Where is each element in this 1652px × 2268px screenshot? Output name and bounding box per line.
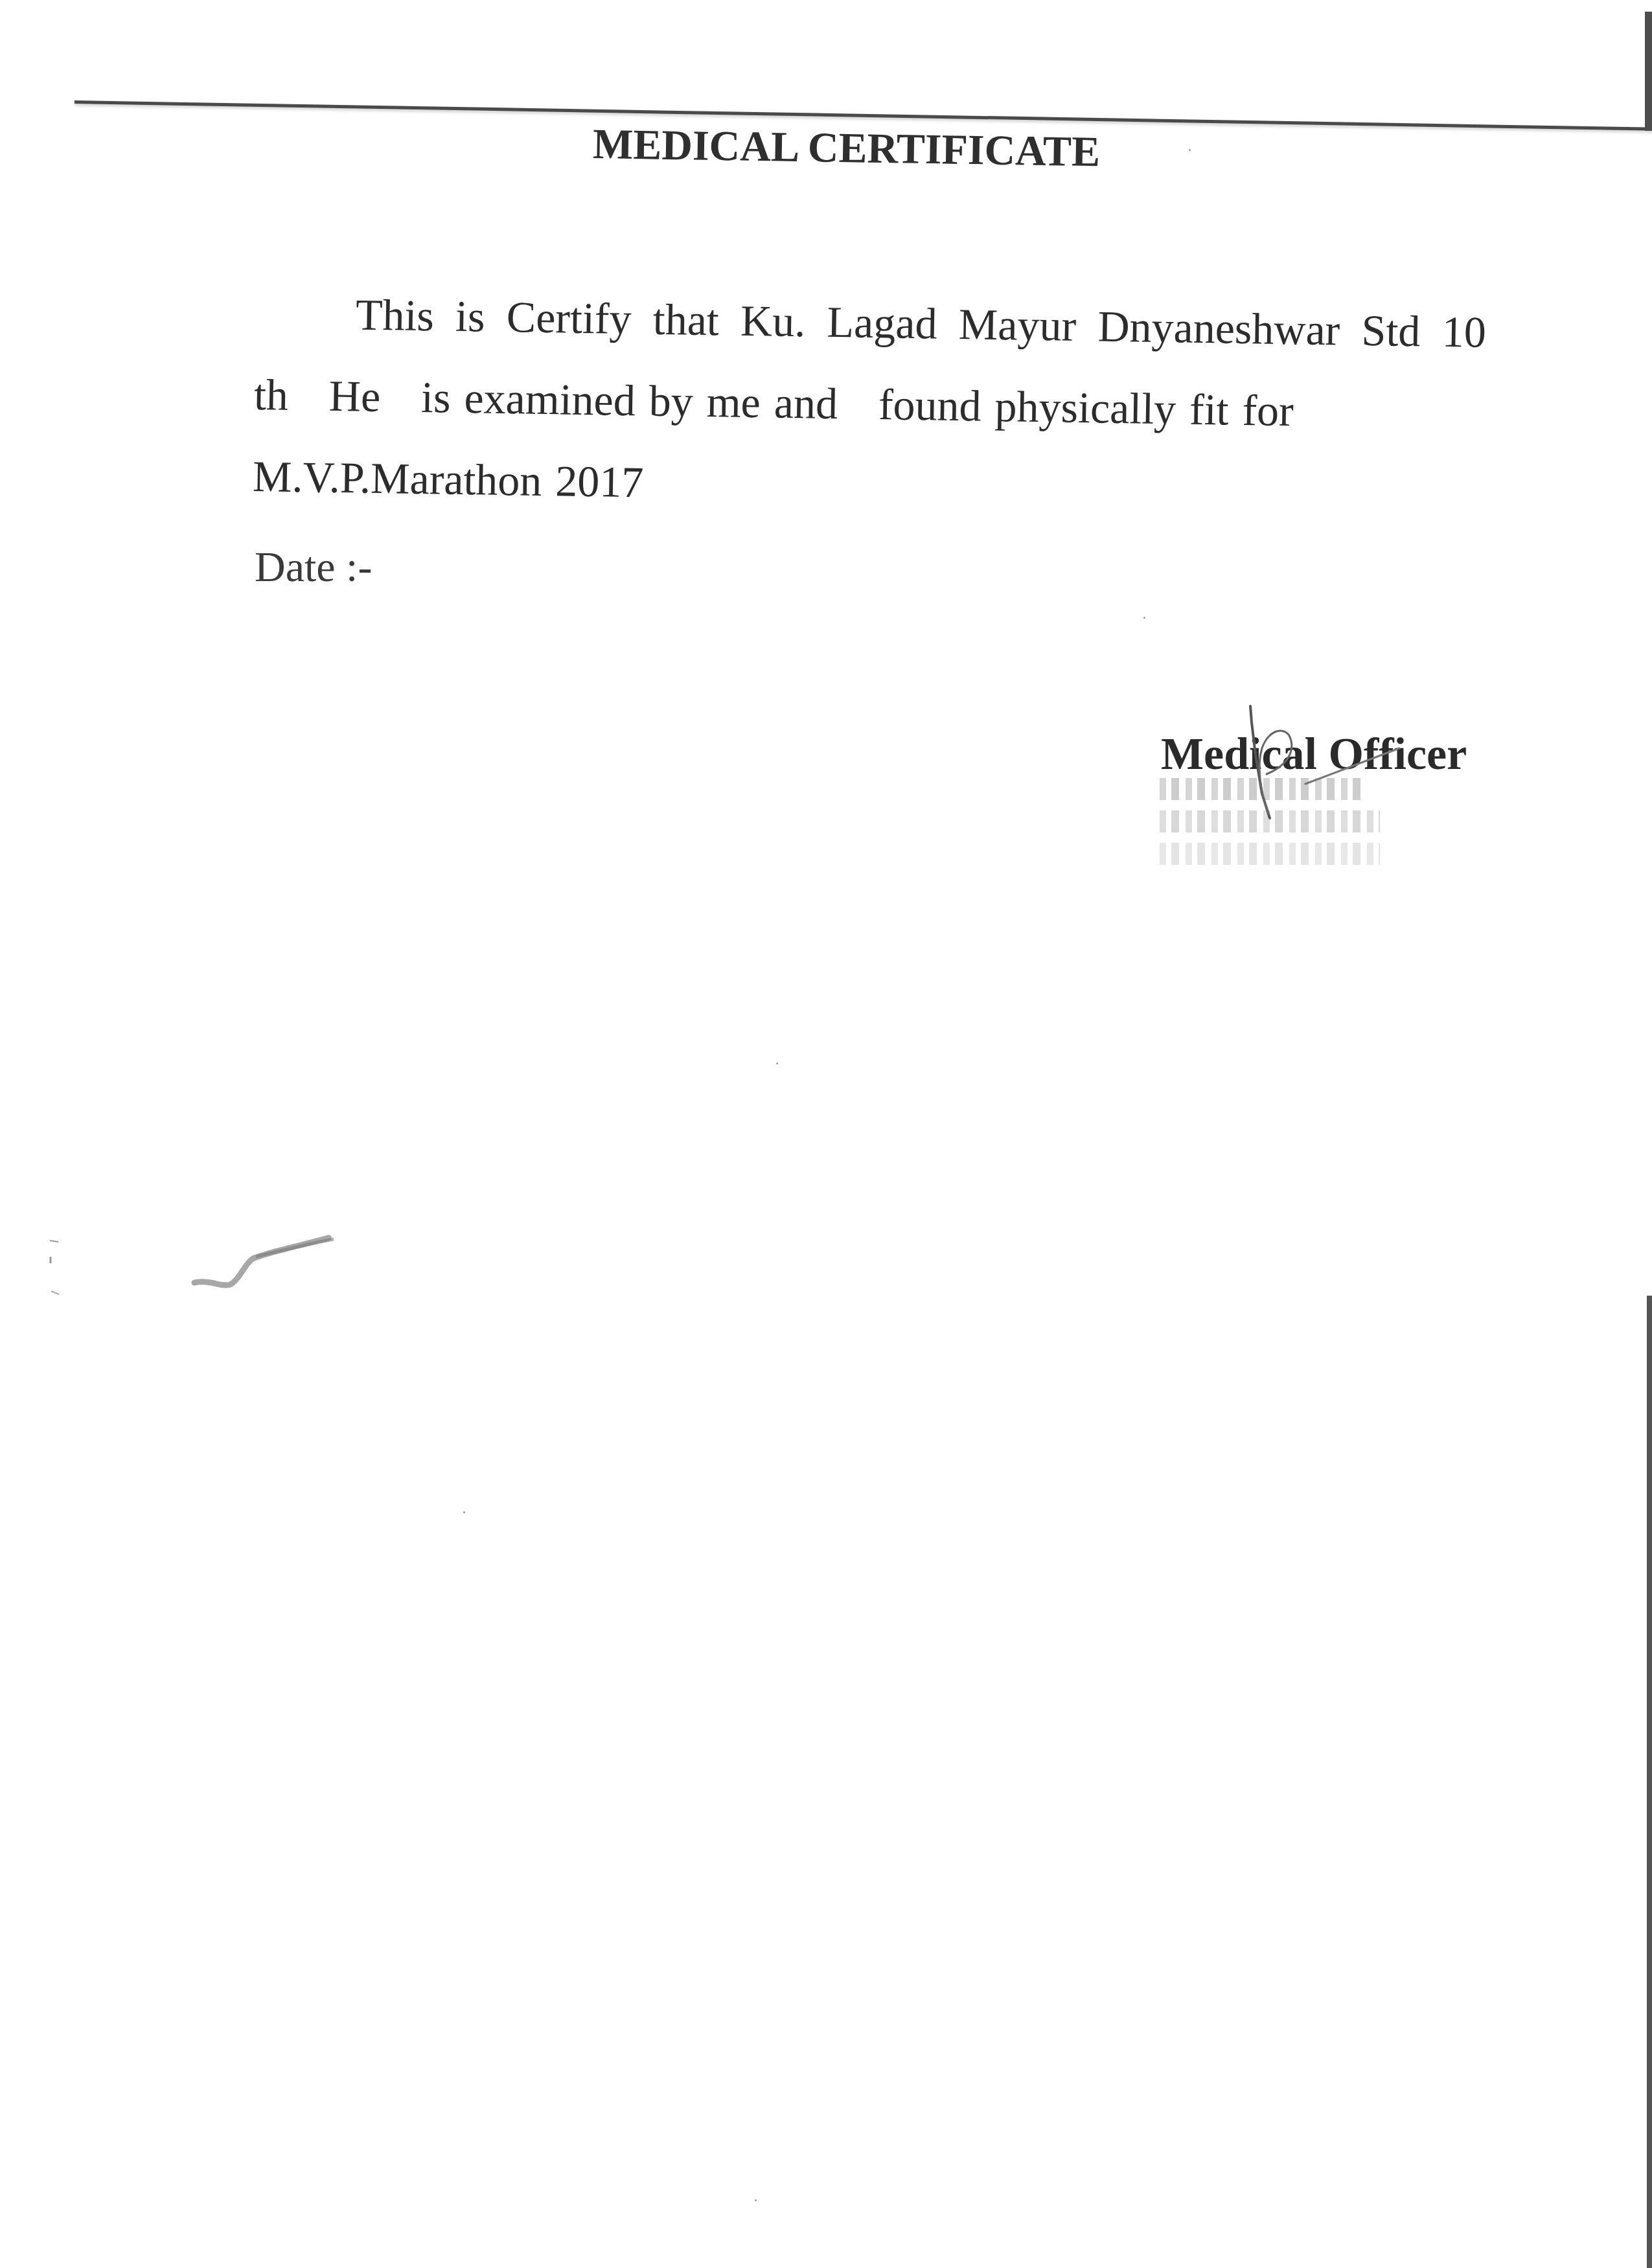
scan-speck bbox=[755, 2199, 757, 2201]
date-line: Date :- bbox=[255, 543, 372, 592]
scan-edge-right-bottom bbox=[1647, 1296, 1652, 2268]
stamp-line-3 bbox=[1160, 843, 1380, 865]
paragraph-indent bbox=[255, 328, 356, 329]
body-line-1: This is Certify that Ku. Lagad Mayur Dny… bbox=[355, 290, 1486, 356]
signature-block: Medical Officer bbox=[1153, 703, 1516, 884]
body-line-2: th He is examined by me and found physic… bbox=[253, 370, 1294, 435]
scan-speck bbox=[463, 1511, 465, 1513]
ink-smudge bbox=[191, 1234, 340, 1292]
scan-marks-left bbox=[49, 1234, 62, 1299]
scan-edge-right-top bbox=[1645, 12, 1652, 131]
scan-speck bbox=[1143, 617, 1145, 619]
scan-speck bbox=[776, 1062, 778, 1064]
certificate-body: This is Certify that Ku. Lagad Mayur Dny… bbox=[252, 272, 1487, 536]
scan-speck bbox=[1189, 149, 1191, 151]
body-line-3: M.V.P.Marathon 2017 bbox=[252, 452, 644, 507]
date-label: Date :- bbox=[255, 544, 372, 591]
certificate-title: MEDICAL CERTIFICATE bbox=[592, 120, 1100, 177]
handwritten-signature-icon bbox=[1153, 703, 1516, 832]
